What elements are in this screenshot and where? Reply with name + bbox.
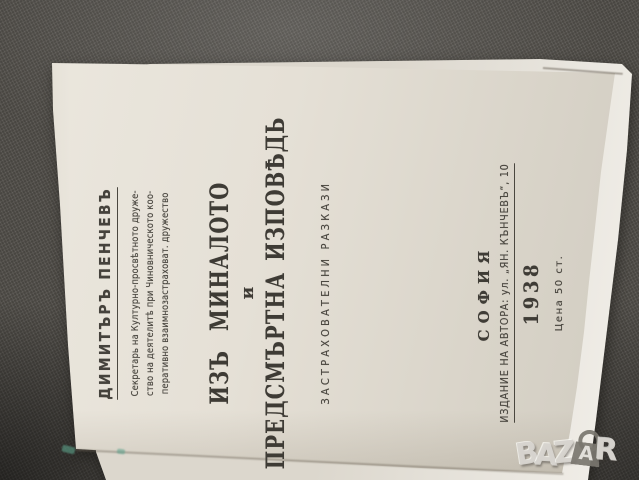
affiliation-line: ство на деятелитѣ при Чиновническото коо… (143, 190, 158, 396)
book-title-line-1: ИЗЪ МИНАЛОТО (203, 182, 237, 405)
book-photo: ДИМИТЪРЪ ПЕНЧЕВЪ Секретарь на Културно-п… (0, 0, 639, 480)
author-name: ДИМИТЪРЪ ПЕНЧЕВЪ (96, 187, 118, 400)
author-affiliation: Секретарь на Културно-просвѣтното друже-… (128, 190, 173, 396)
book-subtitle: ЗАСТРАХОВАТЕЛНИ РАЗКАЗИ (319, 181, 333, 405)
publication-city: СОФИЯ (473, 245, 495, 342)
title-page-content: ДИМИТЪРЪ ПЕНЧЕВЪ Секретарь на Културно-п… (50, 62, 630, 480)
affiliation-line: перативно взаимнозастраховат. дружество (158, 190, 173, 396)
book-title-line-2: ПРЕДСМЪРТНА ИЗПОВѢДЬ (259, 117, 293, 470)
watermark-letter: R (594, 432, 619, 469)
publisher-line: ИЗДАНИЕ НА АВТОРА: ул. „ЯН. КЪНЧЕВЪ“, 10 (499, 163, 515, 422)
book-title-conjunction: и (239, 287, 257, 300)
bazar-watermark: B A Z A R (517, 426, 639, 478)
publication-year: 1938 (519, 261, 543, 326)
price-label: Цена 50 ст. (553, 255, 566, 332)
affiliation-line: Секретарь на Културно-просвѣтното друже- (128, 190, 143, 396)
